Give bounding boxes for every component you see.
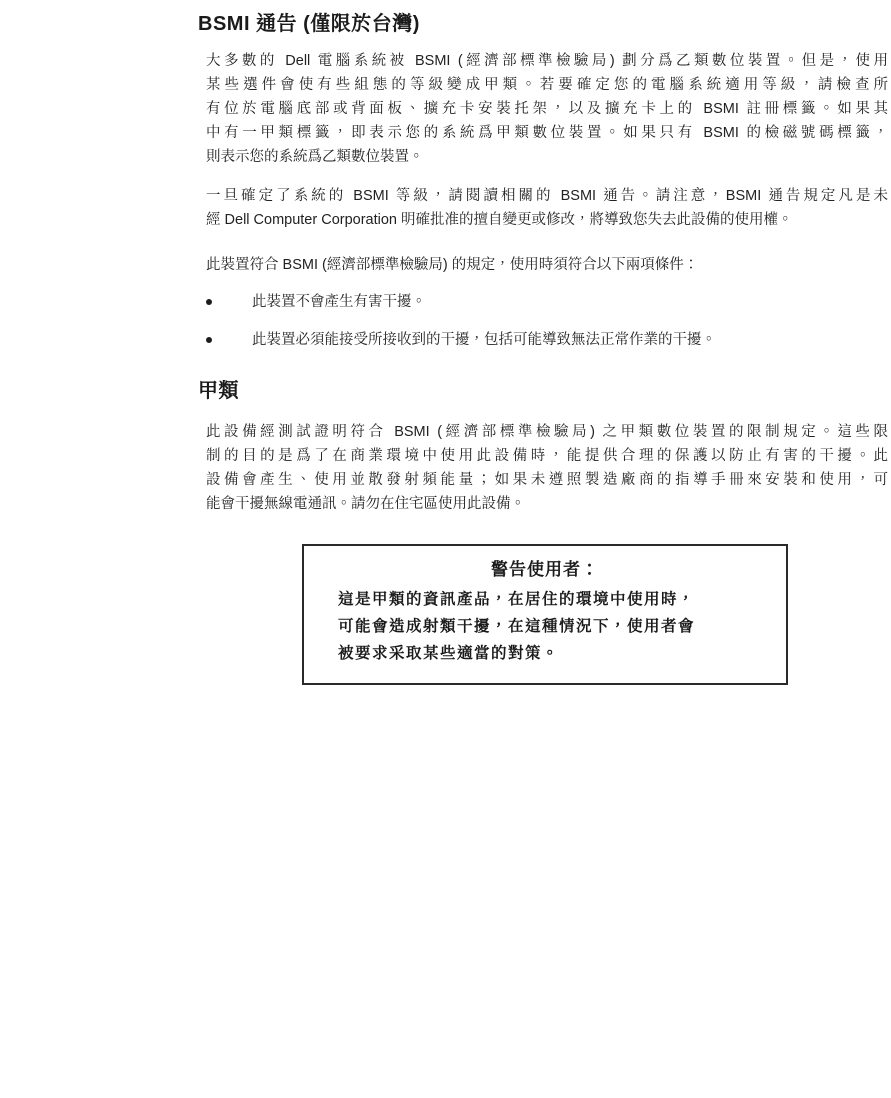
bullet-text: 此裝置不會產生有害干擾。 (252, 290, 426, 314)
text-line: 有位於電腦底部或背面板、擴充卡安裝托架，以及擴充卡上的 BSMI 註冊標籤。如果… (206, 97, 888, 121)
list-item: 此裝置不會產生有害干擾。 (206, 290, 888, 314)
text-line: 經 Dell Computer Corporation 明確批准的擅自變更或修改… (206, 208, 888, 232)
page-title: BSMI 通告 (僅限於台灣) (198, 7, 420, 36)
text-line: 則表示您的系統爲乙類數位裝置。 (206, 145, 888, 169)
paragraph-classification: 大多數的 Dell 電腦系統被 BSMI (經濟部標準檢驗局) 劃分爲乙類數位裝… (206, 49, 888, 169)
paragraph-conditions-intro: 此裝置符合 BSMI (經濟部標準檢驗局) 的規定，使用時須符合以下兩項條件： (206, 253, 888, 277)
bullet-icon (206, 299, 212, 305)
text-line: 這是甲類的資訊產品，在居住的環境中使用時， (338, 585, 786, 612)
warning-box: 警告使用者： 這是甲類的資訊產品，在居住的環境中使用時， 可能會造成射類干擾，在… (302, 544, 788, 685)
warning-box-body: 這是甲類的資訊產品，在居住的環境中使用時， 可能會造成射類干擾，在這種情況下，使… (304, 585, 786, 666)
text-line: 被要求采取某些適當的對策。 (338, 639, 786, 666)
text-line: 此設備經測試證明符合 BSMI (經濟部標準檢驗局) 之甲類數位裝置的限制規定。… (206, 420, 888, 444)
text-line: 制的目的是爲了在商業環境中使用此設備時，能提供合理的保護以防止有害的干擾。此 (206, 444, 888, 468)
text-line: 一旦確定了系統的 BSMI 等級，請閱讀相關的 BSMI 通告。請注意，BSMI… (206, 184, 888, 208)
list-item: 此裝置必須能接受所接收到的干擾，包括可能導致無法正常作業的干擾。 (206, 328, 888, 352)
paragraph-modification-notice: 一旦確定了系統的 BSMI 等級，請閱讀相關的 BSMI 通告。請注意，BSMI… (206, 184, 888, 232)
document-page: BSMI 通告 (僅限於台灣) 大多數的 Dell 電腦系統被 BSMI (經濟… (0, 0, 891, 1098)
text-line: 設備會產生、使用並散發射頻能量；如果未遵照製造廠商的指導手冊來安裝和使用，可 (206, 468, 888, 492)
conditions-bullet-list: 此裝置不會產生有害干擾。 此裝置必須能接受所接收到的干擾，包括可能導致無法正常作… (206, 290, 888, 352)
text-line: 能會干擾無線電通訊。請勿在住宅區使用此設備。 (206, 492, 888, 516)
text-line: 大多數的 Dell 電腦系統被 BSMI (經濟部標準檢驗局) 劃分爲乙類數位裝… (206, 49, 888, 73)
text-line: 某些選件會使有些組態的等級變成甲類。若要確定您的電腦系統適用等級，請檢查所 (206, 73, 888, 97)
text-line: 可能會造成射類干擾，在這種情況下，使用者會 (338, 612, 786, 639)
section-title-class-a: 甲類 (198, 374, 239, 403)
text-line: 中有一甲類標籤，即表示您的系統爲甲類數位裝置。如果只有 BSMI 的檢磁號碼標籤… (206, 121, 888, 145)
bullet-text: 此裝置必須能接受所接收到的干擾，包括可能導致無法正常作業的干擾。 (252, 328, 716, 352)
paragraph-class-a-limits: 此設備經測試證明符合 BSMI (經濟部標準檢驗局) 之甲類數位裝置的限制規定。… (206, 420, 888, 516)
text-line: 此裝置符合 BSMI (經濟部標準檢驗局) 的規定，使用時須符合以下兩項條件： (206, 253, 888, 277)
bullet-icon (206, 337, 212, 343)
warning-box-title: 警告使用者： (304, 558, 786, 582)
